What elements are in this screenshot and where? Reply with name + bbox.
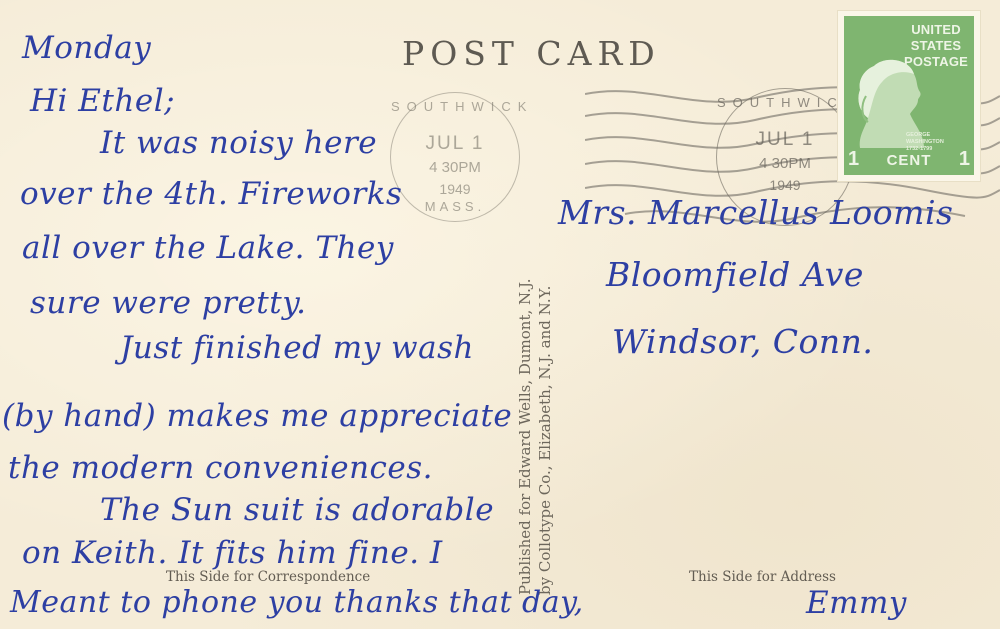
signature: Emmy: [806, 585, 907, 621]
message-line: over the 4th. Fireworks: [20, 176, 402, 212]
postcard-back: POST CARD SOUTHWICK JUL 1 4 30PM 1949 MA…: [0, 0, 1000, 629]
postmark-year: 1949: [717, 177, 853, 193]
message-line: Monday: [22, 30, 151, 66]
postmark-time: 4 30PM: [717, 155, 853, 172]
address-line-city: Windsor, Conn.: [612, 322, 873, 361]
postmark-date: JUL 1: [717, 129, 853, 151]
postmark-town: SOUTHWICK: [717, 95, 853, 110]
message-line: on Keith. It fits him fine. I: [22, 535, 443, 571]
message-line: Just finished my wash: [120, 330, 474, 366]
message-line: Meant to phone you thanks that day,: [10, 585, 584, 620]
postmark-time: 4 30PM: [391, 159, 519, 176]
postcard-title: POST CARD: [402, 34, 661, 73]
message-line: sure were pretty.: [30, 285, 306, 321]
address-line-name: Mrs. Marcellus Loomis: [558, 193, 953, 232]
stamp-denomination: 1 CENT 1: [848, 148, 970, 171]
postmark-date: JUL 1: [391, 133, 519, 155]
publisher-credit-line-1: Published for Edward Wells, Dumont, N.J.: [515, 235, 535, 595]
publisher-credit: Published for Edward Wells, Dumont, N.J.…: [515, 235, 561, 595]
message-line: It was noisy here: [100, 125, 377, 161]
publisher-credit-line-2: by Collotype Co., Elizabeth, N.J. and N.…: [535, 235, 555, 595]
postage-stamp: UNITED STATES POSTAGE GEORGE WASHINGTON …: [838, 11, 980, 181]
postmark-circle-left: SOUTHWICK JUL 1 4 30PM 1949 MASS.: [390, 92, 520, 222]
postmark-year: 1949: [391, 181, 519, 197]
postmark-zone: MASS.: [391, 199, 519, 214]
address-line-street: Bloomfield Ave: [606, 255, 864, 294]
message-line: (by hand) makes me appreciate: [2, 398, 512, 434]
stamp-face: UNITED STATES POSTAGE GEORGE WASHINGTON …: [844, 16, 974, 175]
address-side-label: This Side for Address: [689, 569, 836, 585]
message-line: Hi Ethel;: [30, 83, 175, 119]
message-line: the modern conveniences.: [8, 450, 433, 486]
message-line: The Sun suit is adorable: [100, 492, 494, 528]
correspondence-side-label: This Side for Correspondence: [166, 569, 370, 585]
postmark-town: SOUTHWICK: [391, 99, 519, 114]
message-line: all over the Lake. They: [22, 230, 394, 266]
